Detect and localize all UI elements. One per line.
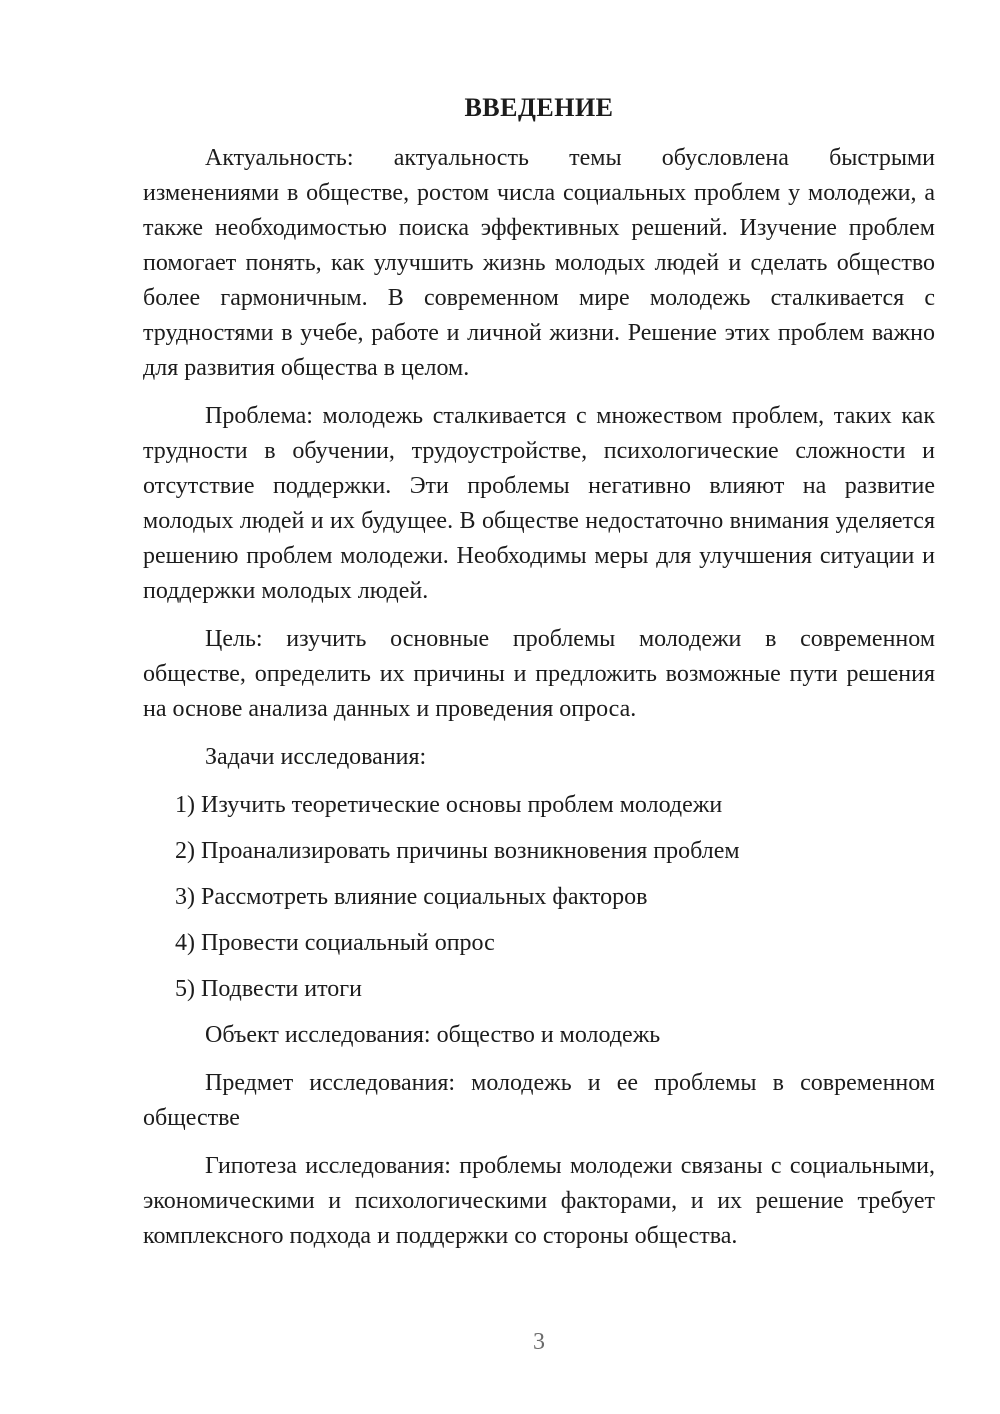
document-page: ВВЕДЕНИЕ Актуальность: актуальность темы… bbox=[0, 0, 1000, 1414]
task-item-2: 2) Проанализировать причины возникновени… bbox=[143, 834, 935, 869]
paragraph-subject: Предмет исследования: молодежь и ее проб… bbox=[143, 1066, 935, 1136]
task-item-4: 4) Провести социальный опрос bbox=[143, 926, 935, 961]
paragraph-relevance: Актуальность: актуальность темы обусловл… bbox=[143, 141, 935, 386]
task-item-3: 3) Рассмотреть влияние социальных фактор… bbox=[143, 880, 935, 915]
tasks-label: Задачи исследования: bbox=[143, 740, 935, 775]
page-title: ВВЕДЕНИЕ bbox=[143, 90, 935, 125]
paragraph-problem: Проблема: молодежь сталкивается с множес… bbox=[143, 399, 935, 609]
task-item-1: 1) Изучить теоретические основы проблем … bbox=[143, 788, 935, 823]
paragraph-object: Объект исследования: общество и молодежь bbox=[143, 1018, 935, 1053]
task-item-5: 5) Подвести итоги bbox=[143, 972, 935, 1007]
page-number: 3 bbox=[143, 1325, 935, 1360]
paragraph-hypothesis: Гипотеза исследования: проблемы молодежи… bbox=[143, 1149, 935, 1254]
paragraph-goal: Цель: изучить основные проблемы молодежи… bbox=[143, 622, 935, 727]
